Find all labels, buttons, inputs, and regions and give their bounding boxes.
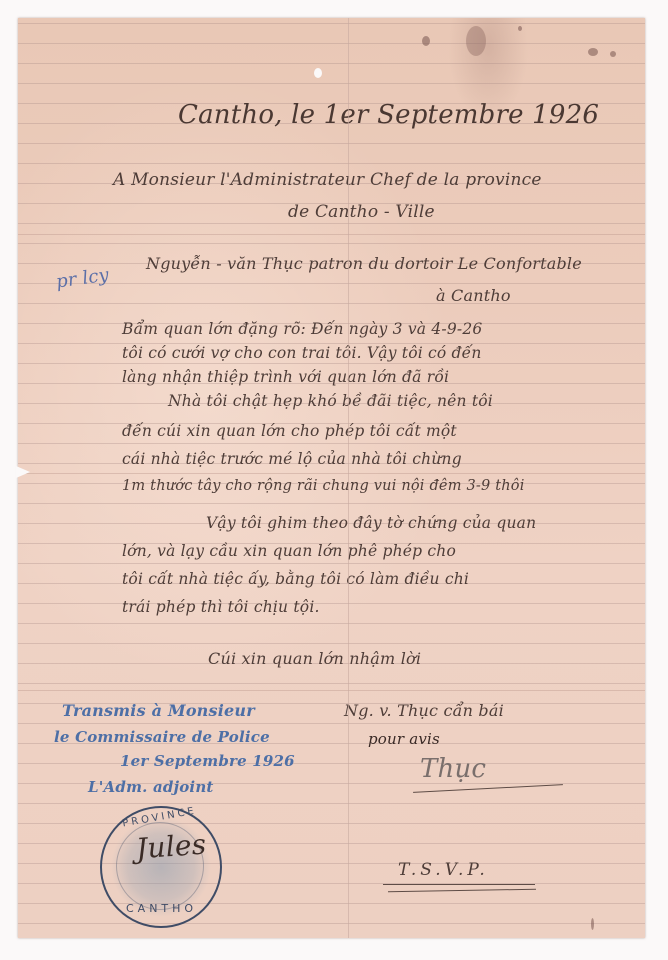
tsvp-underline — [383, 884, 535, 885]
signer-name: Ng. v. Thục cẩn bái — [344, 701, 504, 720]
ink-stain — [518, 26, 522, 31]
body-line: cái nhà tiệc trước mé lộ của nhà tôi chừ… — [122, 450, 462, 468]
recipient-line-2: de Cantho - Ville — [288, 202, 435, 222]
closing-line: Cúi xin quan lớn nhậm lời — [208, 649, 421, 668]
ink-stain — [466, 26, 486, 56]
annotation-line: L'Adm. adjoint — [88, 778, 214, 796]
body-line: Vậy tôi ghim theo đây tờ chứng của quan — [206, 514, 536, 532]
body-line: lớn, và lạy cầu xin quan lớn phê phép ch… — [122, 542, 456, 560]
body-line: đến cúi xin quan lớn cho phép tôi cất mộ… — [122, 422, 457, 440]
ink-stain — [610, 51, 616, 57]
fold-line — [18, 690, 645, 691]
margin-note: pr lcy — [55, 264, 110, 292]
letter-page: Cantho, le 1er Septembre 1926 A Monsieur… — [18, 18, 645, 938]
body-line: làng nhận thiệp trình với quan lớn đã rồ… — [122, 368, 449, 386]
ink-stain — [591, 918, 594, 930]
paper-tear — [16, 466, 30, 478]
stamp-bottom-text: CANTHO — [126, 902, 197, 915]
province-seal-stamp: PROVINCE CANTHO — [100, 806, 222, 928]
tsvp-note: T.S.V.P. — [398, 860, 489, 880]
administrator-signature: Jules — [135, 828, 207, 866]
date-line: Cantho, le 1er Septembre 1926 — [178, 100, 599, 130]
body-line: 1m thước tây cho rộng rãi chung vui nội … — [122, 478, 525, 494]
signature-underline — [413, 784, 563, 793]
sender-line-2: à Cantho — [436, 286, 511, 305]
body-line: trái phép thì tôi chịu tội. — [122, 598, 320, 616]
paper-hole — [314, 68, 322, 78]
fold-line — [18, 234, 645, 235]
annotation-line: Transmis à Monsieur — [62, 701, 255, 720]
body-line: tôi có cưới vợ cho con trai tôi. Vậy tôi… — [122, 344, 482, 362]
annotation-line: le Commissaire de Police — [54, 728, 270, 746]
sender-line-1: Nguyễn - văn Thục patron du dortoir Le C… — [146, 254, 582, 273]
signer-signature: Thục — [420, 754, 486, 784]
fold-line — [18, 473, 645, 474]
recipient-line-1: A Monsieur l'Administrateur Chef de la p… — [113, 170, 542, 190]
body-line: Nhà tôi chật hẹp khó bề đãi tiệc, nên tô… — [168, 392, 493, 410]
ink-stain — [588, 48, 598, 56]
annotation-line: 1er Septembre 1926 — [120, 752, 295, 770]
body-line: Bẩm quan lớn đặng rõ: Đến ngày 3 và 4-9-… — [122, 320, 482, 338]
tsvp-underline — [388, 889, 536, 893]
par-avis-note: pour avis — [368, 730, 440, 748]
body-line: tôi cất nhà tiệc ấy, bằng tôi có làm điề… — [122, 570, 469, 588]
ink-stain — [422, 36, 430, 46]
